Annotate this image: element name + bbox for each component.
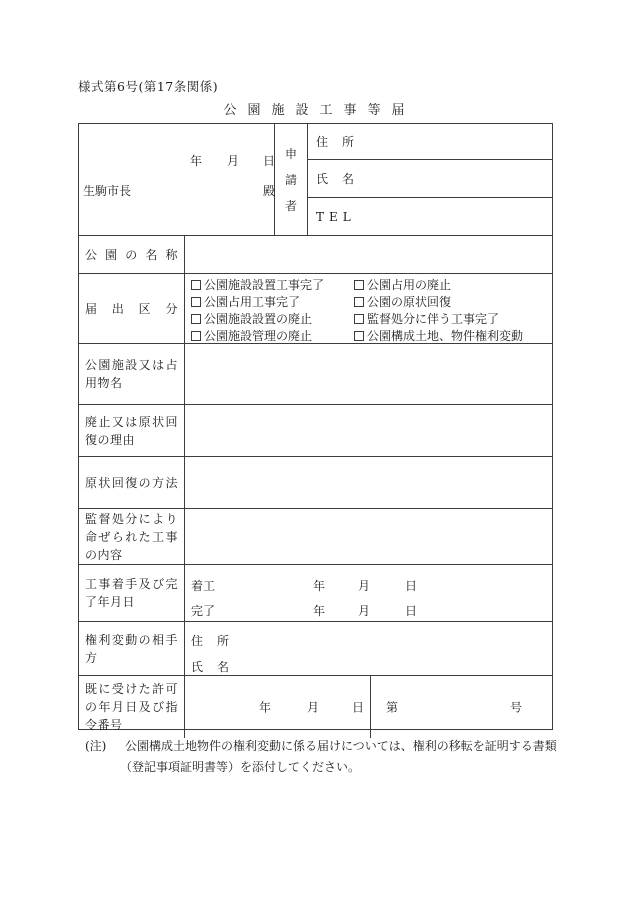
finish-label: 完了 — [191, 602, 215, 619]
checkbox-icon — [191, 314, 201, 324]
park-name-label: 公園の名称 — [85, 246, 178, 264]
row-recipient-applicant: 年 月 日 生駒市長 殿 申 請 者 住 所 氏 名 TEL — [79, 124, 552, 235]
month-label: 月 — [358, 577, 370, 594]
start-date-line: 着工 年 月 日 — [185, 577, 552, 593]
applicant-tel-field: TEL — [308, 197, 552, 235]
row-notification-type: 届出区分 公園施設設置工事完了 公園占用工事完了 公園施設設置の廃止 公園施設管… — [79, 273, 552, 343]
option-occupancy-work-complete: 公園占用工事完了 — [191, 294, 354, 311]
option-label: 公園占用の廃止 — [367, 278, 451, 292]
facility-name-label-cell: 公園施設又は占用物名 — [79, 344, 185, 404]
applicant-address-field: 住 所 — [308, 124, 552, 159]
park-name-value-cell — [185, 236, 552, 273]
notification-type-label-cell: 届出区分 — [79, 274, 185, 343]
option-label: 公園施設設置工事完了 — [204, 278, 324, 292]
supervisory-work-value-cell — [185, 509, 552, 564]
option-facility-work-complete: 公園施設設置工事完了 — [191, 277, 354, 294]
checkbox-column-right: 公園占用の廃止 公園の原状回復 監督処分に伴う工事完了 公園構成土地、物件権利変… — [354, 277, 552, 345]
option-label: 公園構成土地、物件権利変動 — [367, 329, 523, 343]
applicant-char-2: 請 — [285, 171, 297, 188]
applicant-fields: 住 所 氏 名 TEL — [308, 124, 552, 235]
note-text-1: 公園構成土地物件の権利変動に係る届けについては、権利の移転を証明する書類 — [125, 739, 557, 753]
previous-permit-label-cell: 既に受けた許可の年月日及び指令番号 — [79, 676, 185, 738]
option-land-rights-change: 公園構成土地、物件権利変動 — [354, 328, 552, 345]
row-facility-name: 公園施設又は占用物名 — [79, 343, 552, 404]
supervisory-work-label: 監督処分により命ぜられた工事の内容 — [85, 510, 178, 564]
checkbox-icon — [191, 280, 201, 290]
row-construction-period: 工事着手及び完了年月日 着工 年 月 日 完了 年 月 日 — [79, 564, 552, 621]
option-label: 公園施設設置の廃止 — [204, 312, 312, 326]
option-label: 公園施設管理の廃止 — [204, 329, 312, 343]
row-supervisory-work: 監督処分により命ぜられた工事の内容 — [79, 508, 552, 564]
year-label: 年 — [313, 602, 325, 619]
restoration-method-value-cell — [185, 457, 552, 508]
abolition-reason-label: 廃止又は原状回復の理由 — [85, 413, 178, 449]
rights-change-party-label: 権利変動の相手方 — [85, 631, 178, 667]
form-number: 様式第6号(第17条関係) — [78, 77, 218, 95]
checkbox-columns: 公園施設設置工事完了 公園占用工事完了 公園施設設置の廃止 公園施設管理の廃止 … — [185, 274, 552, 345]
checkbox-icon — [191, 331, 201, 341]
facility-name-value-cell — [185, 344, 552, 404]
party-address-line: 住 所 — [185, 632, 552, 648]
applicant-name-label: 氏 名 — [316, 170, 355, 187]
construction-period-label-cell: 工事着手及び完了年月日 — [79, 565, 185, 621]
previous-permit-label: 既に受けた許可の年月日及び指令番号 — [85, 680, 178, 734]
day-label: 日 — [352, 699, 364, 716]
option-label: 公園占用工事完了 — [204, 295, 300, 309]
applicant-char-3: 者 — [285, 197, 297, 214]
abolition-reason-value-cell — [185, 405, 552, 456]
finish-date-line: 完了 年 月 日 — [185, 602, 552, 618]
restoration-method-label: 原状回復の方法 — [85, 474, 178, 492]
month-label: 月 — [307, 699, 319, 716]
form-table: 年 月 日 生駒市長 殿 申 請 者 住 所 氏 名 TEL — [78, 123, 553, 730]
previous-permit-number-cell: 第 号 — [371, 676, 552, 738]
party-name-label: 氏 名 — [191, 658, 230, 675]
applicant-address-label: 住 所 — [316, 133, 355, 150]
checkbox-icon — [354, 331, 364, 341]
notification-type-label: 届出区分 — [85, 300, 178, 318]
checkbox-icon — [354, 297, 364, 307]
number-prefix-label: 第 — [386, 699, 398, 716]
abolition-reason-label-cell: 廃止又は原状回復の理由 — [79, 405, 185, 456]
row-rights-change-party: 権利変動の相手方 住 所 氏 名 — [79, 621, 552, 675]
row-restoration-method: 原状回復の方法 — [79, 456, 552, 508]
construction-period-label: 工事着手及び完了年月日 — [85, 575, 178, 611]
year-label: 年 — [313, 577, 325, 594]
rights-change-party-value-cell: 住 所 氏 名 — [185, 622, 552, 675]
option-restoration: 公園の原状回復 — [354, 294, 552, 311]
form-title: 公園施設工事等届 — [78, 99, 553, 118]
date-month-label: 月 — [227, 152, 239, 169]
row-previous-permit: 既に受けた許可の年月日及び指令番号 年 月 日 第 号 — [79, 675, 552, 738]
park-name-label-cell: 公園の名称 — [79, 236, 185, 273]
party-name-line: 氏 名 — [185, 658, 552, 674]
construction-period-value-cell: 着工 年 月 日 完了 年 月 日 — [185, 565, 552, 621]
option-facility-install-abolition: 公園施設設置の廃止 — [191, 311, 354, 328]
note-line-2: （登記事項証明書等）を添付してください。 — [85, 757, 577, 778]
restoration-method-label-cell: 原状回復の方法 — [79, 457, 185, 508]
year-label: 年 — [259, 699, 271, 716]
facility-name-label: 公園施設又は占用物名 — [85, 356, 178, 392]
form-document-page: 様式第6号(第17条関係) 公園施設工事等届 年 月 日 生駒市長 殿 申 請 … — [0, 0, 630, 903]
number-suffix-label: 号 — [510, 699, 522, 716]
option-occupancy-abolition: 公園占用の廃止 — [354, 277, 552, 294]
checkbox-icon — [191, 297, 201, 307]
note-line-1: (注)公園構成土地物件の権利変動に係る届けについては、権利の移転を証明する書類 — [85, 736, 577, 757]
date-day-label: 日 — [263, 152, 275, 169]
day-label: 日 — [405, 577, 417, 594]
day-label: 日 — [405, 602, 417, 619]
row-park-name: 公園の名称 — [79, 235, 552, 273]
date-year-label: 年 — [190, 152, 202, 169]
option-label: 公園の原状回復 — [367, 295, 451, 309]
recipient-cell: 年 月 日 生駒市長 殿 — [79, 124, 275, 235]
applicant-tel-label: TEL — [316, 210, 356, 224]
addressee-label: 生駒市長 — [83, 182, 131, 199]
checkbox-icon — [354, 280, 364, 290]
rights-change-party-label-cell: 権利変動の相手方 — [79, 622, 185, 675]
option-facility-manage-abolition: 公園施設管理の廃止 — [191, 328, 354, 345]
checkbox-icon — [354, 314, 364, 324]
honorific-label: 殿 — [263, 182, 275, 199]
note-label: (注) — [85, 736, 125, 757]
applicant-name-field: 氏 名 — [308, 159, 552, 197]
notification-type-options-cell: 公園施設設置工事完了 公園占用工事完了 公園施設設置の廃止 公園施設管理の廃止 … — [185, 274, 552, 343]
previous-permit-date-cell: 年 月 日 — [185, 676, 371, 738]
applicant-vertical-label: 申 請 者 — [275, 124, 308, 235]
supervisory-work-label-cell: 監督処分により命ぜられた工事の内容 — [79, 509, 185, 564]
month-label: 月 — [358, 602, 370, 619]
row-abolition-reason: 廃止又は原状回復の理由 — [79, 404, 552, 456]
footer-note: (注)公園構成土地物件の権利変動に係る届けについては、権利の移転を証明する書類 … — [85, 736, 577, 778]
option-label: 監督処分に伴う工事完了 — [367, 312, 499, 326]
checkbox-column-left: 公園施設設置工事完了 公園占用工事完了 公園施設設置の廃止 公園施設管理の廃止 — [191, 277, 354, 345]
applicant-char-1: 申 — [285, 145, 297, 162]
option-supervisory-work-complete: 監督処分に伴う工事完了 — [354, 311, 552, 328]
start-label: 着工 — [191, 577, 215, 594]
party-address-label: 住 所 — [191, 632, 230, 649]
